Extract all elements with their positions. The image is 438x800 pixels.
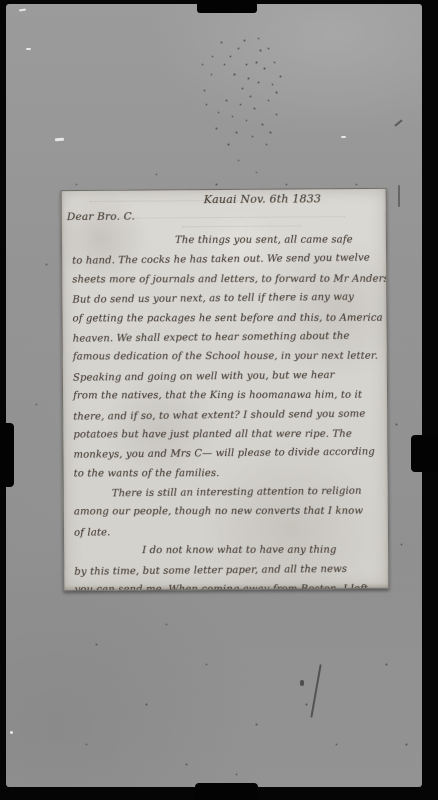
handwriting-line: potatoes but have just planted all that … — [73, 424, 385, 444]
film-notch-left — [0, 423, 14, 487]
white-fleck — [10, 731, 13, 734]
handwriting-line: There is still an interesting attention … — [112, 481, 386, 503]
white-fleck — [26, 48, 31, 50]
handwriting-line: heaven. We shall expect to hear somethin… — [73, 326, 385, 349]
photograph-frame: Kauai Nov. 6th 1833 Dear Bro. C. The thi… — [0, 0, 438, 800]
film-notch-top — [197, 0, 257, 13]
handwriting-line: to the wants of the families. — [74, 463, 386, 483]
ink-bleed-through — [120, 216, 345, 219]
film-scratch — [398, 185, 400, 207]
handwriting-line: to hand. The cocks he has taken out. We … — [72, 249, 384, 272]
handwriting-line: Speaking and going on well with you, but… — [73, 365, 385, 388]
handwriting-line: I do not know what to have any thing — [142, 541, 386, 561]
letter-page: Kauai Nov. 6th 1833 Dear Bro. C. The thi… — [61, 188, 390, 591]
white-fleck — [341, 136, 346, 138]
handwriting-line: But do send us your next, as to tell if … — [72, 288, 384, 311]
handwriting-line: sheets more of journals and letters, to … — [72, 269, 384, 289]
handwriting-line: from the natives, that the King is hooma… — [73, 386, 385, 406]
film-scratch — [310, 664, 321, 718]
film-notch-right — [411, 435, 438, 472]
handwriting-line: by this time, but some letter paper, and… — [74, 559, 386, 582]
handwriting-line: The things you sent, all came safe — [175, 230, 384, 250]
film-scratch — [300, 680, 304, 686]
handwriting-line: you can send me. When coming away from B… — [74, 580, 386, 592]
film-scratch — [394, 119, 402, 126]
letter-salutation: Dear Bro. C. — [67, 211, 135, 223]
handwriting-line: of getting the packages he sent before a… — [72, 308, 384, 328]
handwriting-line: monkeys, you and Mrs C— will please to d… — [73, 443, 385, 466]
photo-emulsion: Kauai Nov. 6th 1833 Dear Bro. C. The thi… — [6, 4, 422, 787]
white-fleck — [19, 9, 26, 12]
letter-dateline: Kauai Nov. 6th 1833 — [204, 192, 321, 206]
letter-body: The things you sent, all came safeto han… — [72, 230, 386, 590]
handwriting-line: of late. — [74, 520, 386, 543]
film-notch-bottom — [195, 783, 258, 800]
handwriting-line: there, and if so, to what extent? I shou… — [73, 404, 385, 427]
ink-bleed-through — [182, 225, 302, 227]
handwriting-line: among our people, though no new converts… — [74, 502, 386, 522]
handwriting-line: famous dedication of the School house, i… — [73, 347, 385, 367]
white-fleck — [55, 138, 64, 142]
speckle-scatter — [6, 4, 7, 5]
